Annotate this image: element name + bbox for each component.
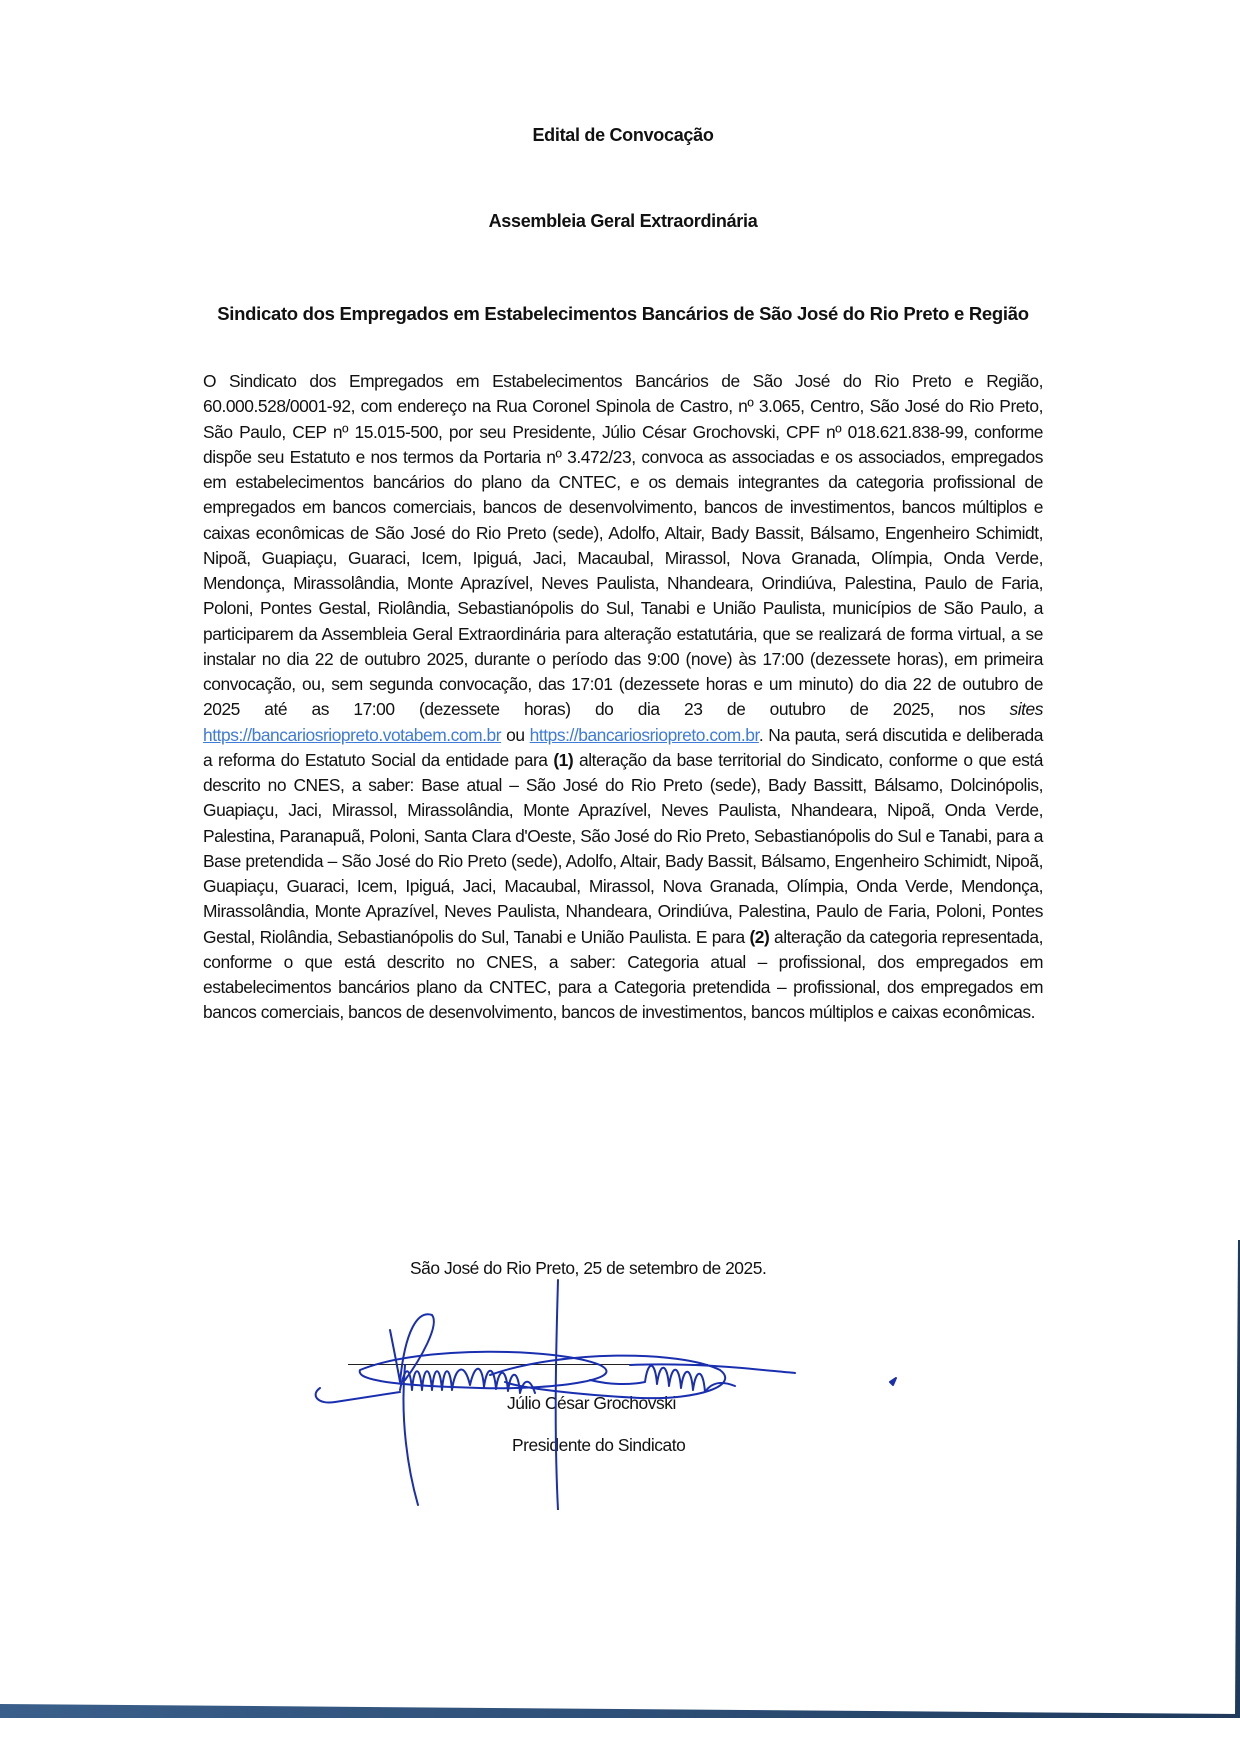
- link-votabem[interactable]: https://bancariosriopreto.votabem.com.br: [203, 725, 501, 745]
- scan-border-right: [1232, 1240, 1240, 1718]
- convocation-body: O Sindicato dos Empregados em Estabeleci…: [203, 369, 1043, 1026]
- signer-role: Presidente do Sindicato: [512, 1435, 685, 1456]
- handwritten-signature: [300, 1270, 1020, 1510]
- date-line: São José do Rio Preto, 25 de setembro de…: [410, 1258, 766, 1279]
- sites-word: sites: [1009, 699, 1043, 719]
- link-bancariosriopreto[interactable]: https://bancariosriopreto.com.br: [530, 725, 759, 745]
- agenda-item-1-marker: (1): [553, 750, 573, 770]
- document-subtitle: Assembleia Geral Extraordinária: [0, 211, 1240, 232]
- or-word: ou: [506, 725, 524, 745]
- scan-border-bottom: [0, 1702, 1240, 1718]
- signature-line: [348, 1364, 708, 1365]
- document-page: Edital de Convocação Assembleia Geral Ex…: [0, 0, 1240, 1755]
- body-paragraph-1: O Sindicato dos Empregados em Estabeleci…: [203, 371, 1043, 719]
- organization-heading: Sindicato dos Empregados em Estabelecime…: [0, 303, 1240, 325]
- body-paragraph-3: alteração da base territorial do Sindica…: [203, 750, 1043, 947]
- agenda-item-2-marker: (2): [749, 927, 769, 947]
- signer-name: Júlio César Grochovski: [507, 1393, 676, 1414]
- document-title: Edital de Convocação: [0, 125, 1240, 146]
